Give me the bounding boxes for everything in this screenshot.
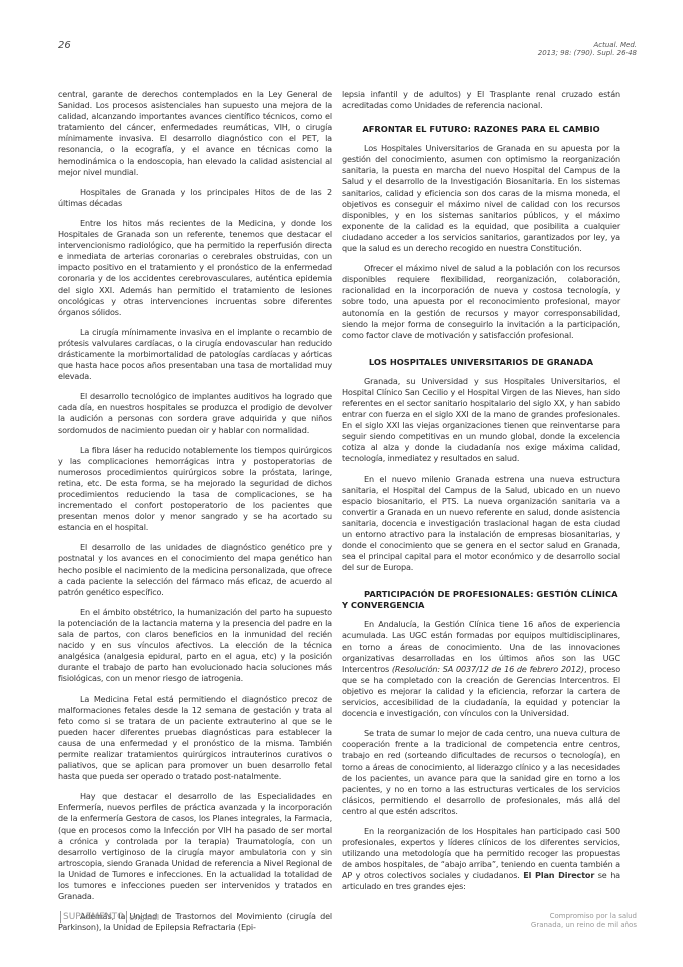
paragraph: Ofrecer el máximo nivel de salud a la po… bbox=[342, 263, 620, 341]
paragraph: En Andalucía, la Gestión Clínica tiene 1… bbox=[342, 619, 620, 719]
tagline-line2: Granada, un reino de mil años bbox=[531, 921, 637, 930]
paragraph: Entre los hitos más recientes de la Medi… bbox=[58, 218, 332, 318]
resolution-citation: (Resolución: SA 0037/12 de 16 de febrero… bbox=[392, 664, 584, 674]
left-column: central, garante de derechos contemplado… bbox=[58, 89, 332, 942]
paragraph: lepsia infantil y de adultos) y El Trasp… bbox=[342, 89, 620, 111]
journal-citation: 2013; 98: (790). Supl. 26-48 bbox=[538, 49, 637, 57]
paragraph: En el ámbito obstétrico, la humanización… bbox=[58, 607, 332, 685]
section-heading: LOS HOSPITALES UNIVERSITARIOS DE GRANADA bbox=[342, 357, 620, 368]
plan-director-emphasis: El Plan Director bbox=[523, 870, 594, 880]
paragraph: Granada, su Universidad y sus Hospitales… bbox=[342, 376, 620, 465]
paragraph: Hospitales de Granada y los principales … bbox=[58, 187, 332, 209]
paragraph: Los Hospitales Universitarios de Granada… bbox=[342, 143, 620, 254]
paragraph: El desarrollo de las unidades de diagnós… bbox=[58, 542, 332, 597]
tagline-line1: Compromiso por la salud bbox=[531, 912, 637, 921]
paragraph: La cirugía mínimamente invasiva en el im… bbox=[58, 327, 332, 382]
divider bbox=[60, 911, 61, 923]
footer-type: original bbox=[129, 913, 159, 922]
footer-section-label: SUPLEMENTO original bbox=[58, 911, 159, 923]
paragraph: La Medicina Fetal está permitiendo el di… bbox=[58, 694, 332, 783]
paragraph: Hay que destacar el desarrollo de las Es… bbox=[58, 791, 332, 902]
journal-reference: Actual. Med. 2013; 98: (790). Supl. 26-4… bbox=[538, 41, 637, 57]
paragraph: En la reorganización de los Hospitales h… bbox=[342, 826, 620, 893]
paragraph: central, garante de derechos contemplado… bbox=[58, 89, 332, 178]
paragraph: Se trata de sumar lo mejor de cada centr… bbox=[342, 728, 620, 817]
journal-name: Actual. Med. bbox=[538, 41, 637, 49]
paragraph: En el nuevo milenio Granada estrena una … bbox=[342, 474, 620, 574]
section-heading: AFRONTAR EL FUTURO: RAZONES PARA EL CAMB… bbox=[342, 124, 620, 135]
paragraph: El desarrollo tecnológico de implantes a… bbox=[58, 391, 332, 435]
section-heading: PARTICIPACIÓN DE PROFESIONALES: GESTIÓN … bbox=[342, 589, 620, 611]
paragraph: La fibra láser ha reducido notablemente … bbox=[58, 445, 332, 534]
page-number: 26 bbox=[58, 40, 71, 51]
divider bbox=[126, 911, 127, 923]
footer-section: SUPLEMENTO bbox=[63, 912, 124, 922]
footer-tagline: Compromiso por la salud Granada, un rein… bbox=[531, 912, 637, 929]
right-column: lepsia infantil y de adultos) y El Trasp… bbox=[342, 89, 620, 902]
